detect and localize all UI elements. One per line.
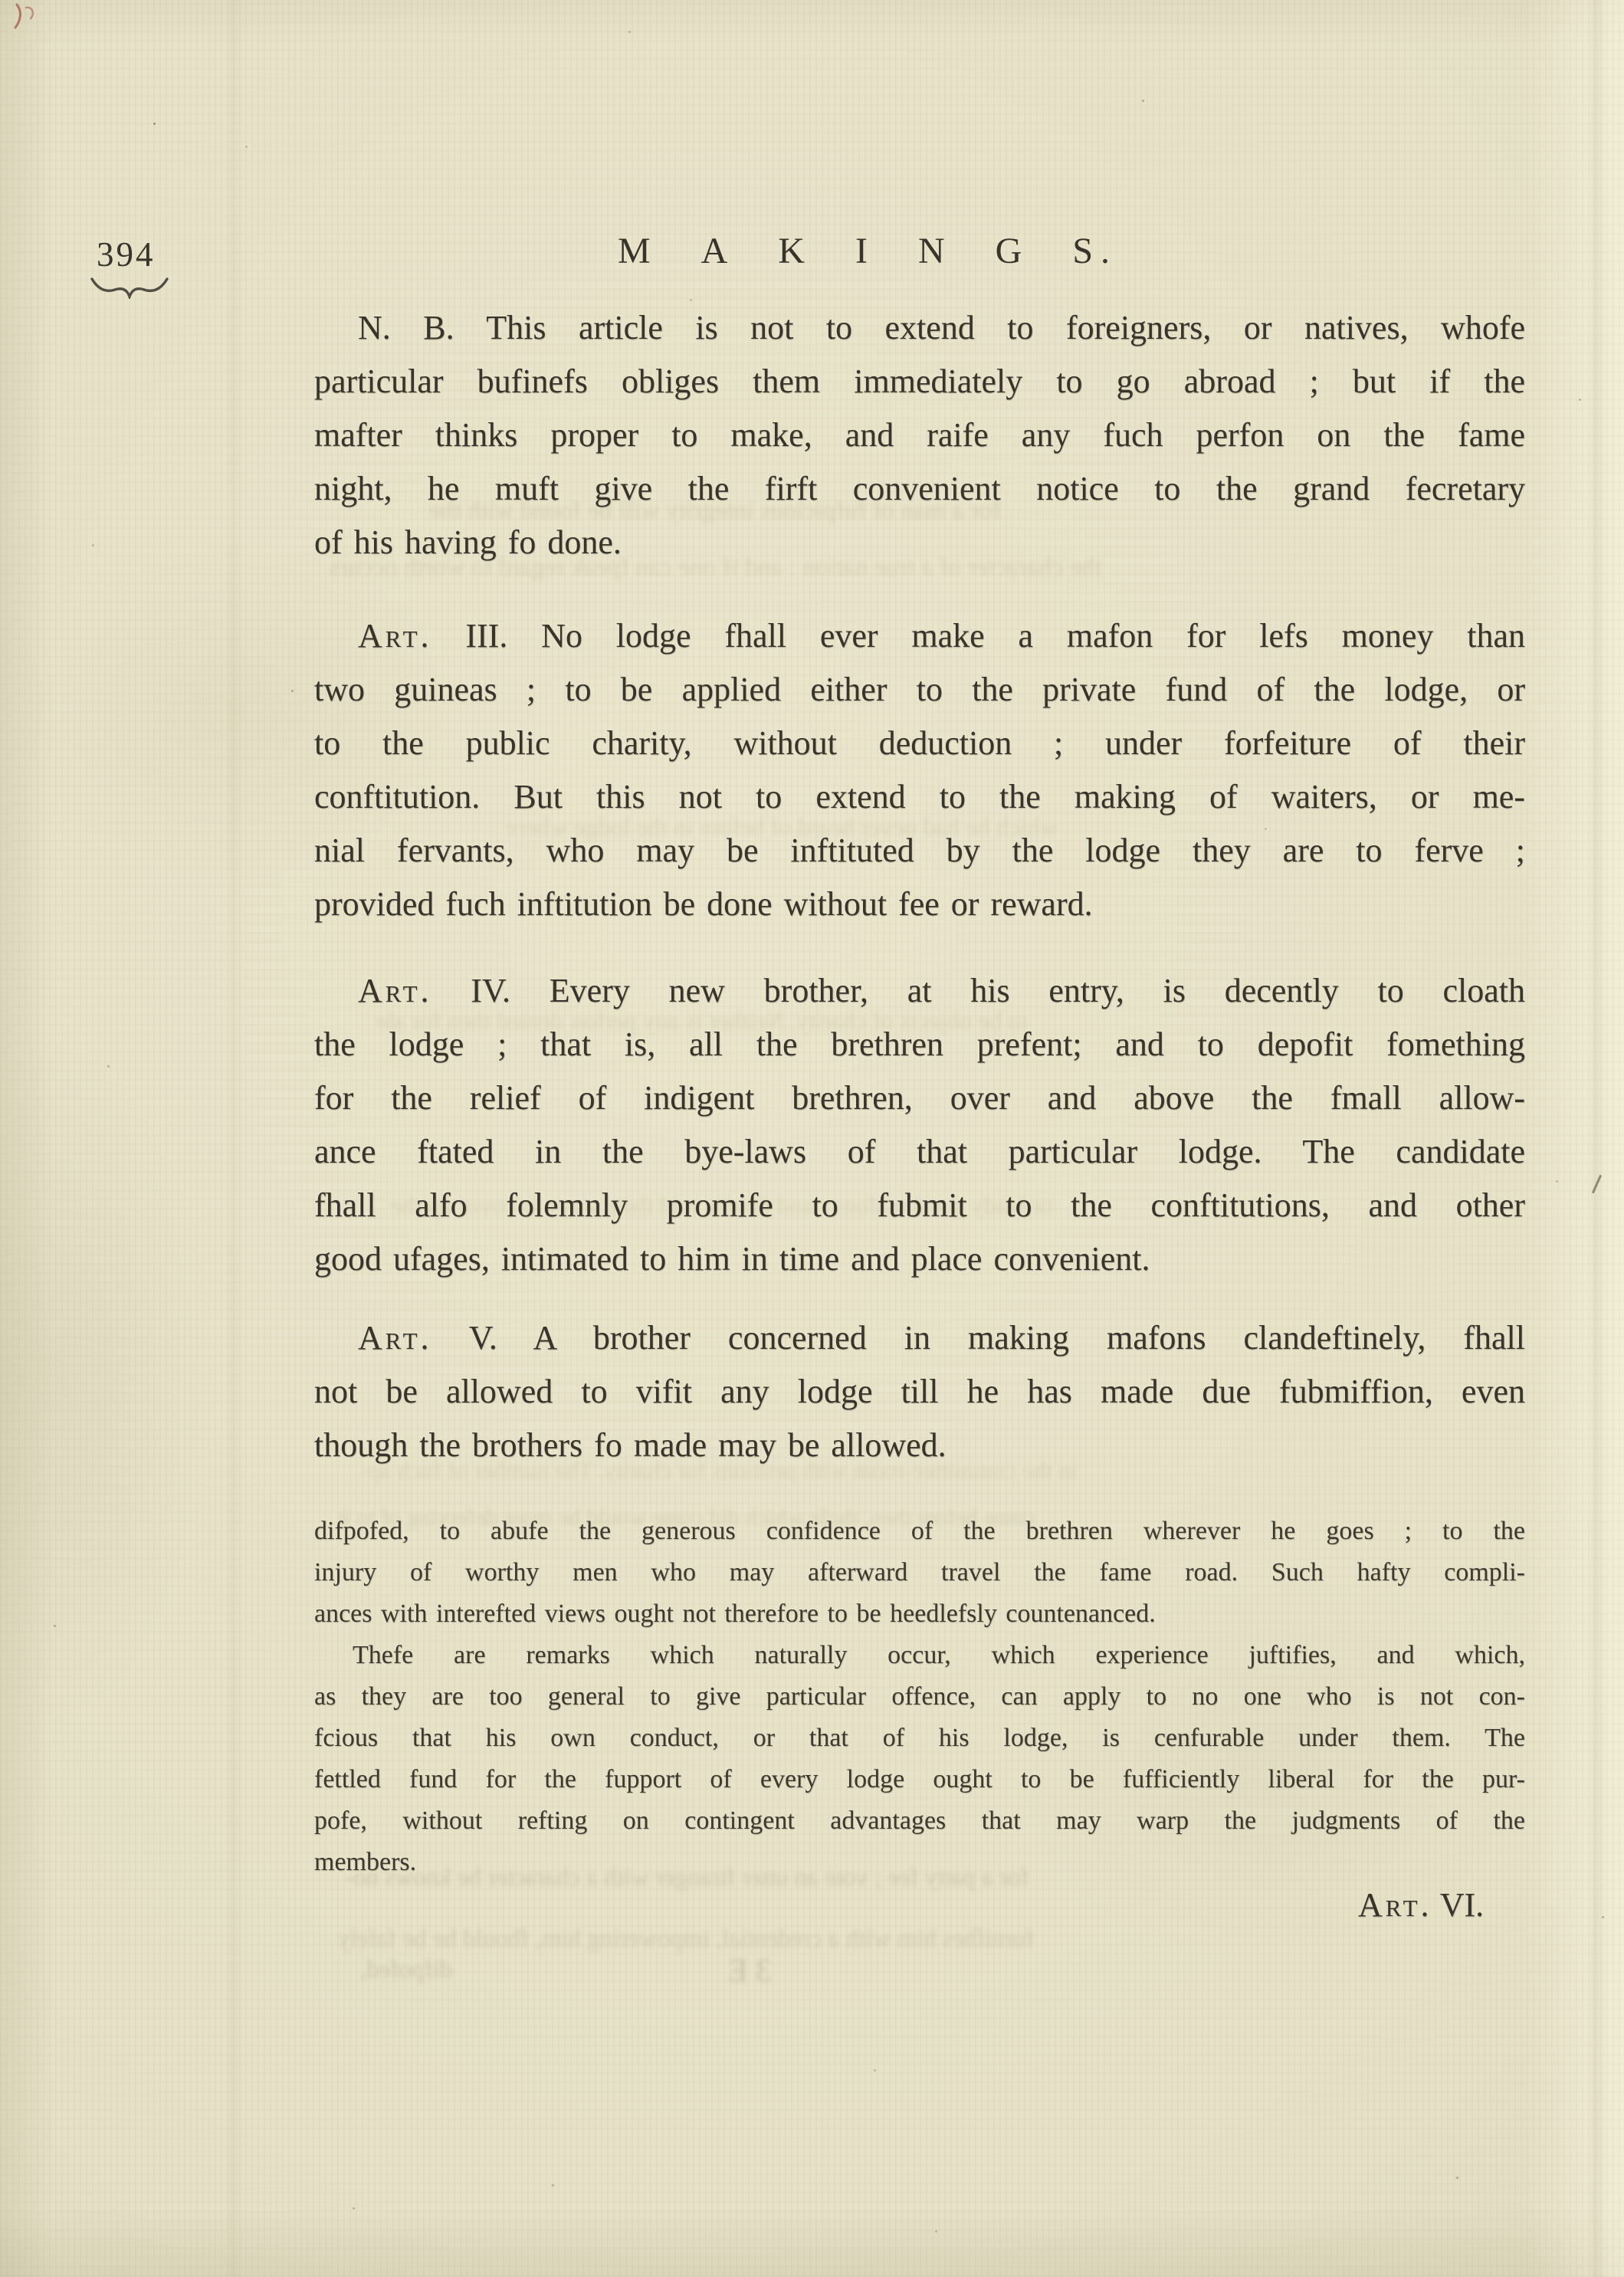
paragraph-art5: Art. V. A brother concerned in making ma… — [314, 1311, 1525, 1472]
paragraph-nb: N. B. This article is not to extend to f… — [314, 301, 1525, 569]
catchword-next-article: Art. VI. — [1358, 1885, 1484, 1924]
text-line: fettled fund for the fupport of every lo… — [314, 1759, 1525, 1800]
book-page-scan: 394 MAKINGS. N. B. This article is not t… — [0, 0, 1624, 2277]
text-line: pofe, without refting on contingent adva… — [314, 1800, 1525, 1842]
underbrace-icon — [89, 276, 170, 299]
text-line: two guineas ; to be applied either to th… — [314, 663, 1525, 717]
text-line: Art. V. A brother concerned in making ma… — [314, 1311, 1525, 1365]
text-line: ance ftated in the bye-laws of that part… — [314, 1125, 1525, 1179]
text-line: as they are too general to give particul… — [314, 1676, 1525, 1718]
text-line: fcious that his own conduct, or that of … — [314, 1718, 1525, 1759]
text-line: Art. III. No lodge fhall ever make a maf… — [314, 609, 1525, 663]
page-title-period: . — [1101, 231, 1110, 271]
text-line: difpofed, to abufe the generous confiden… — [314, 1511, 1525, 1552]
text-line: mafter thinks proper to make, and raife … — [314, 408, 1525, 462]
text-line: to the public charity, without deduction… — [314, 717, 1525, 770]
text-line: N. B. This article is not to extend to f… — [314, 301, 1525, 355]
catchword-numeral: VI. — [1432, 1886, 1485, 1924]
verso-showthrough-text: 3 E — [728, 1953, 772, 1990]
text-line: the lodge ; that is, all the brethren pr… — [314, 1018, 1525, 1071]
text-line: particular bufinefs obliges them immedia… — [314, 355, 1525, 408]
text-line: of his having fo done. — [314, 516, 1525, 569]
text-line: good ufages, intimated to him in time an… — [314, 1232, 1525, 1286]
article-label-smallcaps: Art. — [358, 617, 432, 655]
text-line: members. — [314, 1842, 1525, 1883]
text-line: for the relief of indigent brethren, ove… — [314, 1071, 1525, 1125]
page-number: 394 — [97, 235, 156, 274]
article-label-smallcaps: Art. — [358, 1319, 432, 1357]
verso-showthrough-text: furnifhes him with a credential, impower… — [337, 1925, 1034, 1954]
footnote: difpofed, to abufe the generous confiden… — [314, 1511, 1525, 1883]
text-line: though the brothers fo made may be allow… — [314, 1419, 1525, 1472]
text-line: nial fervants, who may be inftituted by … — [314, 824, 1525, 878]
article-label-smallcaps: Art. — [358, 972, 432, 1009]
paper-speck-decoration — [153, 123, 156, 125]
text-line: fhall alfo folemnly promife to fubmit to… — [314, 1179, 1525, 1232]
verso-showthrough-text: difpofed, — [360, 1956, 452, 1984]
red-ink-mark-icon — [12, 2, 52, 37]
text-line: conftitution. But this not to extend to … — [314, 770, 1525, 824]
catchword-art-label: Art. — [1358, 1886, 1432, 1924]
paragraph-art4: Art. IV. Every new brother, at his entry… — [314, 964, 1525, 1286]
edge-mark-decoration — [1592, 1175, 1602, 1194]
text-line: Art. IV. Every new brother, at his entry… — [314, 964, 1525, 1018]
page-title: MAKINGS. — [618, 230, 1110, 272]
text-line: Thefe are remarks which naturally occur,… — [314, 1635, 1525, 1676]
text-line: injury of worthy men who may afterward t… — [314, 1552, 1525, 1593]
page-title-letters: MAKINGS — [618, 231, 1143, 271]
text-line: provided fuch inftitution be done withou… — [314, 878, 1525, 931]
text-line: not be allowed to vifit any lodge till h… — [314, 1365, 1525, 1419]
text-line: night, he muft give the firft convenient… — [314, 462, 1525, 516]
text-line: ances with interefted views ought not th… — [314, 1593, 1525, 1635]
paragraph-art3: Art. III. No lodge fhall ever make a maf… — [314, 609, 1525, 931]
